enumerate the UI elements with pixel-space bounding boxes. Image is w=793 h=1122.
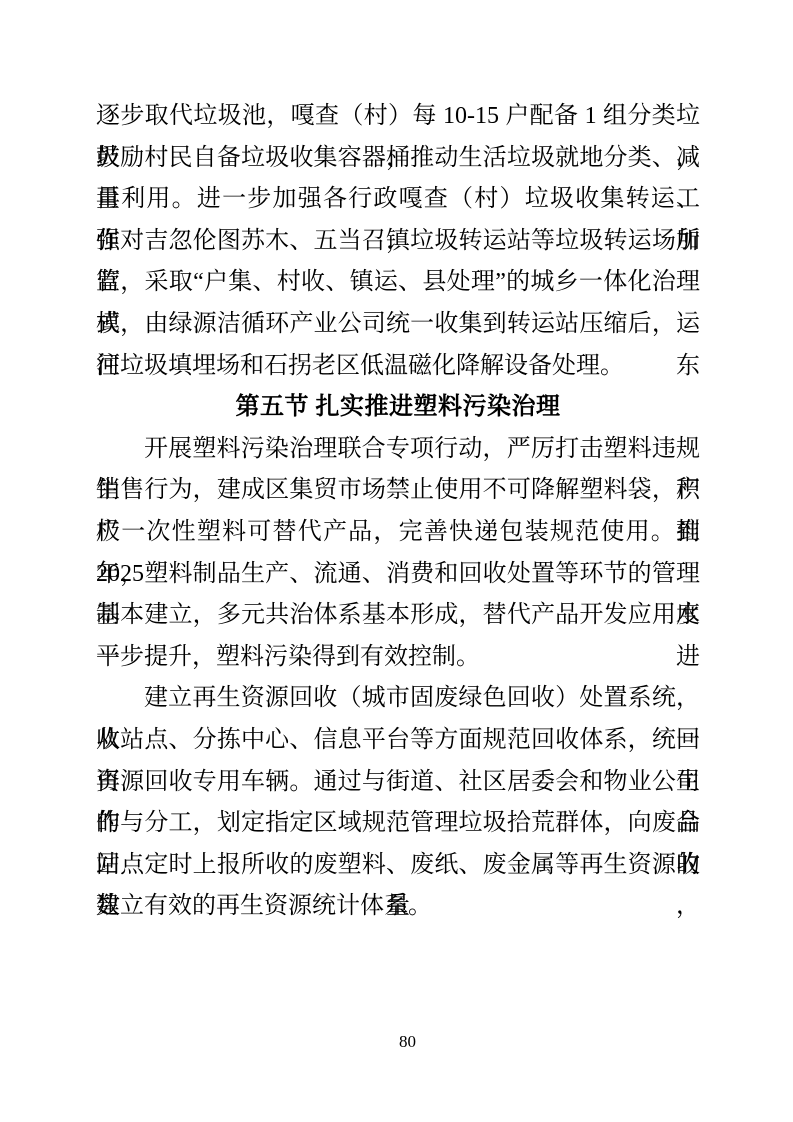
body-text-line: 年，塑料制品生产、流通、消费和回收处置等环节的管理制度 <box>96 554 700 596</box>
body-text-line: 开展塑料污染治理联合专项行动，严厉打击塑料违规生产 <box>96 429 700 471</box>
body-text-line: 销售行为，建成区集贸市场禁止使用不可降解塑料袋，积极推 <box>96 470 700 512</box>
body-text-line: 资源回收专用车辆。通过与街道、社区居委会和物业公司的合 <box>96 762 700 804</box>
body-text-line: 管，采取“户集、村收、镇运、县处理”的城乡一体化治理模 <box>96 262 700 304</box>
body-text-line: 广一次性塑料可替代产品，完善快递包装规范使用。到 2025 <box>96 512 700 554</box>
body-text-line: 站点定时上报所收的废塑料、废纸、废金属等再生资源的数量， <box>96 845 700 887</box>
body-text-line: 强对吉忽伦图苏木、五当召镇垃圾转运站等垃圾转运场所监 <box>96 221 700 263</box>
body-text-line: 基本建立，多元共治体系基本形成，替代产品开发应用水平进 <box>96 595 700 637</box>
paragraph: 逐步取代垃圾池，嘎查（村）每 10-15 户配备 1 组分类垃圾桶， 鼓励村民自… <box>96 96 700 387</box>
body-text-line: 收站点、分拣中心、信息平台等方面规范回收体系，统一再生 <box>96 720 700 762</box>
paragraph: 建立再生资源回收（城市固废绿色回收）处置系统，从回 收站点、分拣中心、信息平台等… <box>96 678 700 928</box>
document-page: 逐步取代垃圾池，嘎查（村）每 10-15 户配备 1 组分类垃圾桶， 鼓励村民自… <box>0 0 793 1122</box>
body-text-line: 式，由绿源洁循环产业公司统一收集到转运站压缩后，运往东 <box>96 304 700 346</box>
body-text-line: 再利用。进一步加强各行政嘎查（村）垃圾收集转运工作，加 <box>96 179 700 221</box>
document-body: 逐步取代垃圾池，嘎查（村）每 10-15 户配备 1 组分类垃圾桶， 鼓励村民自… <box>96 96 700 928</box>
paragraph: 开展塑料污染治理联合专项行动，严厉打击塑料违规生产 销售行为，建成区集贸市场禁止… <box>96 429 700 679</box>
body-text-line: 逐步取代垃圾池，嘎查（村）每 10-15 户配备 1 组分类垃圾桶， <box>96 96 700 138</box>
body-text-line: 作与分工，划定指定区域规范管理垃圾拾荒群体，向废品回收 <box>96 803 700 845</box>
page-number: 80 <box>11 1033 793 1050</box>
body-text-line: 鼓励村民自备垃圾收集容器，推动生活垃圾就地分类、减量、 <box>96 138 700 180</box>
body-text-line: 建立再生资源回收（城市固废绿色回收）处置系统，从回 <box>96 678 700 720</box>
body-text-line: 河垃圾填埋场和石拐老区低温磁化降解设备处理。 <box>96 346 700 388</box>
section-heading: 第五节 扎实推进塑料污染治理 <box>96 387 700 429</box>
